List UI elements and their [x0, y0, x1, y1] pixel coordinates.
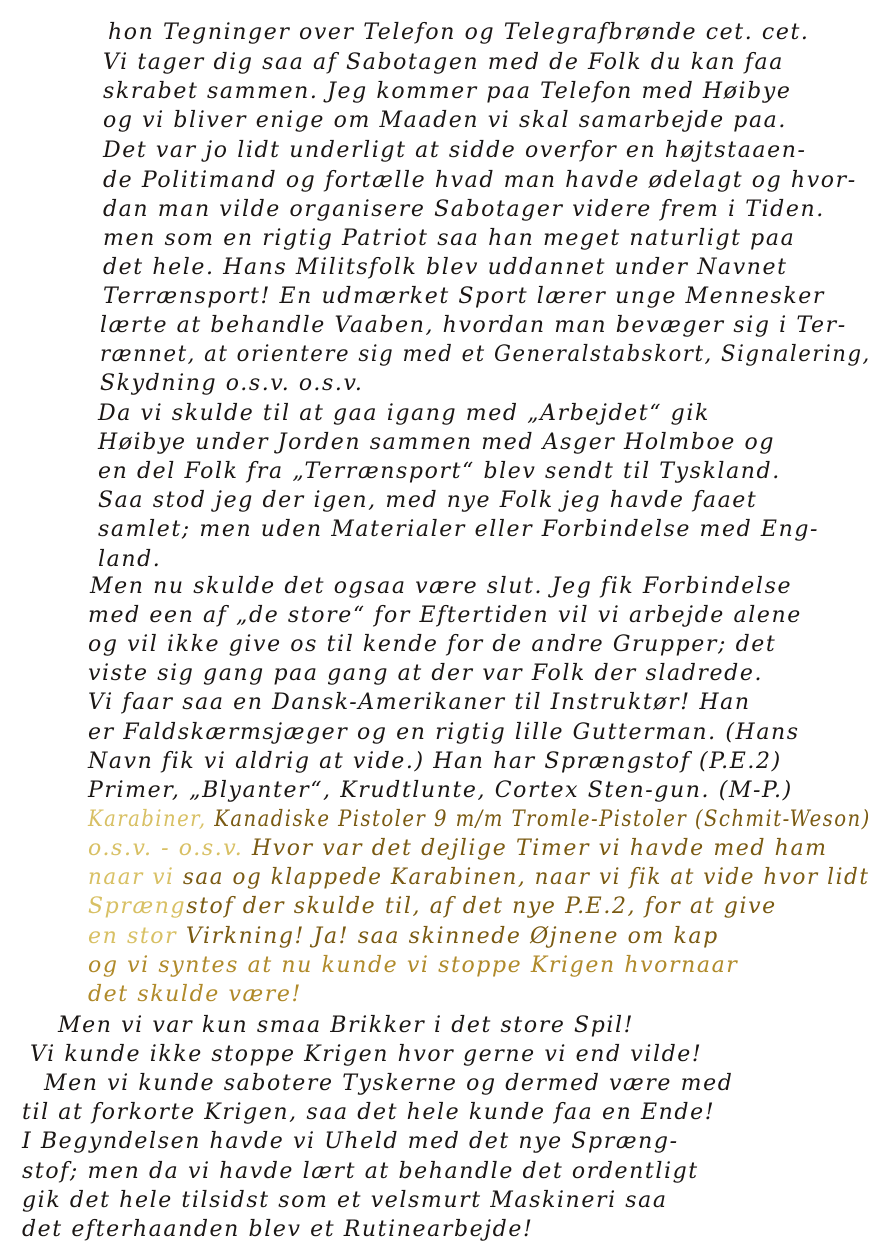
manuscript-line: Det var jo lidt underligt at sidde overf… [103, 138, 807, 163]
manuscript-line: land. [98, 547, 161, 572]
manuscript-line: Primer, „Blyanter“, Krudtlunte, Cortex S… [88, 778, 793, 803]
manuscript-line: en stor Virkning! Ja! saa skinnede Øjnen… [88, 924, 719, 949]
manuscript-line: Vi faar saa en Dansk-Amerikaner til Inst… [88, 690, 751, 715]
manuscript-line: men som en rigtig Patriot saa han meget … [103, 226, 795, 251]
manuscript-line: stof; men da vi havde lært at behandle d… [22, 1159, 699, 1184]
faded-ink-segment: Spræng [88, 894, 186, 919]
manuscript-line: gik det hele tilsidst som et velsmurt Ma… [22, 1188, 668, 1213]
handwritten-manuscript-page: hon Tegninger over Telefon og Telegrafbr… [0, 0, 882, 1257]
manuscript-line: de Politimand og fortælle hvad man havde… [103, 168, 857, 193]
faded-ink-segment: naar vi [88, 865, 174, 890]
manuscript-line: I Begyndelsen havde vi Uheld med det nye… [22, 1129, 679, 1154]
faded-ink-segment: Karabiner, [88, 807, 207, 832]
manuscript-line: Skydning o.s.v. o.s.v. [100, 371, 363, 396]
manuscript-line: Sprængstof der skulde til, af det nye P.… [88, 894, 777, 919]
manuscript-line: hon Tegninger over Telefon og Telegrafbr… [108, 20, 810, 45]
manuscript-line: en del Folk fra „Terrænsport“ blev sendt… [98, 459, 781, 484]
manuscript-line: Men vi kunde sabotere Tyskerne og dermed… [44, 1071, 733, 1096]
manuscript-line: skrabet sammen. Jeg kommer paa Telefon m… [103, 79, 792, 104]
manuscript-line: Høibye under Jorden sammen med Asger Hol… [98, 430, 775, 455]
manuscript-line: Da vi skulde til at gaa igang med „Arbej… [98, 401, 710, 426]
manuscript-line: er Faldskærmsjæger og en rigtig lille Gu… [88, 720, 800, 745]
manuscript-line: Vi kunde ikke stoppe Krigen hvor gerne v… [30, 1042, 702, 1067]
manuscript-line: Terrænsport! En udmærket Sport lærer ung… [103, 284, 825, 309]
manuscript-line: lærte at behandle Vaaben, hvordan man be… [100, 313, 847, 338]
faded-ink-segment: en stor [88, 924, 177, 949]
manuscript-line: Karabiner, Kanadiske Pistoler 9 m/m Trom… [88, 807, 871, 832]
manuscript-line: Men nu skulde det ogsaa være slut. Jeg f… [90, 574, 792, 599]
manuscript-line: det efterhaanden blev et Rutinearbejde! [22, 1217, 533, 1242]
manuscript-line: med een af „de store“ for Eftertiden vil… [88, 603, 802, 628]
manuscript-line: og vi bliver enige om Maaden vi skal sam… [103, 108, 787, 133]
manuscript-line: og vil ikke give os til kende for de and… [88, 632, 776, 657]
manuscript-line: Men vi var kun smaa Brikker i det store … [58, 1013, 634, 1038]
manuscript-line: det skulde være! [88, 982, 302, 1007]
faded-ink-segment: o.s.v. - o.s.v. [88, 836, 243, 861]
manuscript-line: o.s.v. - o.s.v. Hvor var det dejlige Tim… [88, 836, 828, 861]
manuscript-line: og vi syntes at nu kunde vi stoppe Krige… [88, 953, 738, 978]
manuscript-line: samlet; men uden Materialer eller Forbin… [98, 517, 819, 542]
manuscript-line: Saa stod jeg der igen, med nye Folk jeg … [98, 488, 757, 513]
manuscript-line: Navn fik vi aldrig at vide.) Han har Spr… [88, 749, 782, 774]
manuscript-line: det hele. Hans Militsfolk blev uddannet … [103, 255, 788, 280]
manuscript-line: Vi tager dig saa af Sabotagen med de Fol… [103, 50, 784, 75]
manuscript-line: dan man vilde organisere Sabotager vider… [103, 197, 825, 222]
manuscript-line: rænnet, at orientere sig med et Generals… [100, 342, 871, 367]
manuscript-line: naar vi saa og klappede Karabinen, naar … [88, 865, 870, 890]
manuscript-line: til at forkorte Krigen, saa det hele kun… [22, 1100, 715, 1125]
manuscript-line: viste sig gang paa gang at der var Folk … [88, 661, 763, 686]
